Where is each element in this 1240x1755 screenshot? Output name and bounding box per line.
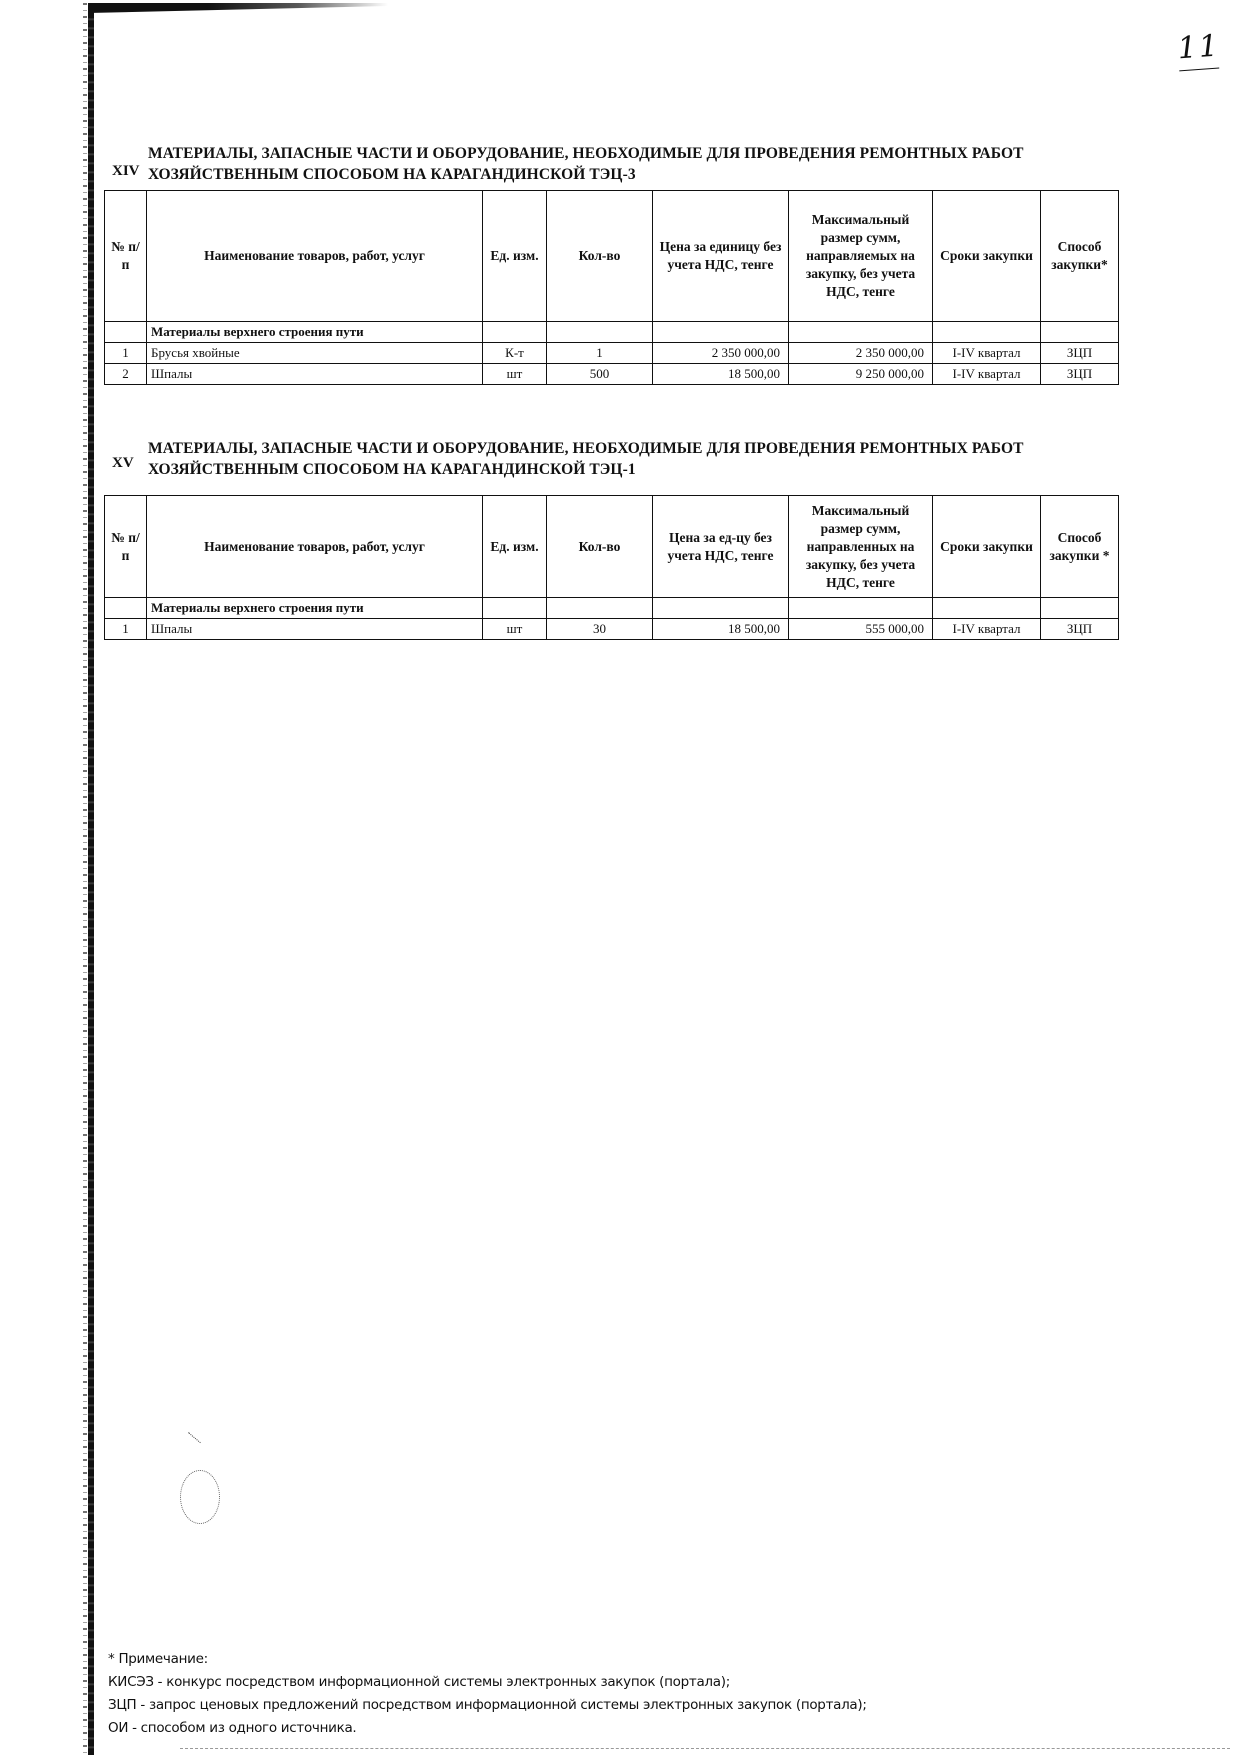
group-cell-empty (933, 322, 1041, 343)
table-group-row: Материалы верхнего строения пути (105, 322, 1119, 343)
col-header-qty: Кол-во (547, 191, 653, 322)
col-header-unit-price: Цена за ед-цу без учета НДС, тенге (653, 496, 789, 598)
handwritten-page-number: 11 (1177, 32, 1219, 72)
cell-max-sum: 2 350 000,00 (789, 343, 933, 364)
group-cell-empty (547, 322, 653, 343)
col-header-max-sum: Максимальный размер сумм, направленных н… (789, 496, 933, 598)
cell-qty: 500 (547, 364, 653, 385)
cell-term: I-IV квартал (933, 343, 1041, 364)
table-row: 2 Шпалы шт 500 18 500,00 9 250 000,00 I-… (105, 364, 1119, 385)
group-label: Материалы верхнего строения пути (147, 598, 483, 619)
group-label: Материалы верхнего строения пути (147, 322, 483, 343)
group-cell-empty (483, 598, 547, 619)
group-cell-empty (1041, 598, 1119, 619)
table-group-row: Материалы верхнего строения пути (105, 598, 1119, 619)
group-cell-empty (653, 598, 789, 619)
procurement-table-xiv: № п/п Наименование товаров, работ, услуг… (104, 190, 1119, 385)
cell-name: Брусья хвойные (147, 343, 483, 364)
col-header-qty: Кол-во (547, 496, 653, 598)
table-header-row: № п/п Наименование товаров, работ, услуг… (105, 496, 1119, 598)
group-cell-empty (933, 598, 1041, 619)
cell-no: 1 (105, 343, 147, 364)
table-row: 1 Брусья хвойные К-т 1 2 350 000,00 2 35… (105, 343, 1119, 364)
cell-unit: шт (483, 364, 547, 385)
cell-method: ЗЦП (1041, 343, 1119, 364)
col-header-unit-price: Цена за единицу без учета НДС, тенге (653, 191, 789, 322)
section-number: XV (112, 455, 134, 472)
group-cell-empty (789, 322, 933, 343)
col-header-name: Наименование товаров, работ, услуг (147, 191, 483, 322)
col-header-unit: Ед. изм. (483, 191, 547, 322)
cell-term: I-IV квартал (933, 364, 1041, 385)
section-title-line-2: ХОЗЯЙСТВЕННЫМ СПОСОБОМ НА КАРАГАНДИНСКОЙ… (148, 164, 1024, 185)
col-header-method: Способ закупки* (1041, 191, 1119, 322)
col-header-unit: Ед. изм. (483, 496, 547, 598)
col-header-no: № п/п (105, 496, 147, 598)
col-header-no: № п/п (105, 191, 147, 322)
section-title: МАТЕРИАЛЫ, ЗАПАСНЫЕ ЧАСТИ И ОБОРУДОВАНИЕ… (148, 438, 1024, 480)
footnote-line: КИСЭЗ - конкурс посредством информационн… (108, 1671, 867, 1694)
section-title-line-1: МАТЕРИАЛЫ, ЗАПАСНЫЕ ЧАСТИ И ОБОРУДОВАНИЕ… (148, 438, 1024, 459)
cell-unit-price: 2 350 000,00 (653, 343, 789, 364)
cell-unit: шт (483, 619, 547, 640)
cell-max-sum: 555 000,00 (789, 619, 933, 640)
col-header-max-sum: Максимальный размер сумм, направляемых н… (789, 191, 933, 322)
col-header-term: Сроки закупки (933, 191, 1041, 322)
cell-qty: 1 (547, 343, 653, 364)
scan-binding-edge (88, 3, 94, 1755)
cell-method: ЗЦП (1041, 619, 1119, 640)
section-number: XIV (112, 163, 140, 180)
section-title-line-1: МАТЕРИАЛЫ, ЗАПАСНЫЕ ЧАСТИ И ОБОРУДОВАНИЕ… (148, 143, 1024, 164)
group-cell-empty (483, 322, 547, 343)
table-row: 1 Шпалы шт 30 18 500,00 555 000,00 I-IV … (105, 619, 1119, 640)
cell-no: 2 (105, 364, 147, 385)
cell-name: Шпалы (147, 619, 483, 640)
cell-name: Шпалы (147, 364, 483, 385)
col-header-method: Способ закупки * (1041, 496, 1119, 598)
col-header-term: Сроки закупки (933, 496, 1041, 598)
cell-qty: 30 (547, 619, 653, 640)
group-cell-empty (105, 322, 147, 343)
cell-unit: К-т (483, 343, 547, 364)
scan-bottom-artifact (180, 1748, 1230, 1750)
group-cell-empty (1041, 322, 1119, 343)
cell-method: ЗЦП (1041, 364, 1119, 385)
footnote-heading: * Примечание: (108, 1648, 867, 1671)
cell-unit-price: 18 500,00 (653, 619, 789, 640)
cell-term: I-IV квартал (933, 619, 1041, 640)
faint-stamp-circle (180, 1470, 220, 1524)
cell-no: 1 (105, 619, 147, 640)
procurement-table-xv: № п/п Наименование товаров, работ, услуг… (104, 495, 1119, 640)
scan-binding-speckle (83, 3, 87, 1755)
cell-max-sum: 9 250 000,00 (789, 364, 933, 385)
group-cell-empty (789, 598, 933, 619)
group-cell-empty (547, 598, 653, 619)
footnote-line: ОИ - способом из одного источника. (108, 1717, 867, 1740)
group-cell-empty (105, 598, 147, 619)
section-title: МАТЕРИАЛЫ, ЗАПАСНЫЕ ЧАСТИ И ОБОРУДОВАНИЕ… (148, 143, 1024, 185)
footnote-line: ЗЦП - запрос ценовых предложений посредс… (108, 1694, 867, 1717)
scan-top-edge (88, 3, 388, 13)
col-header-name: Наименование товаров, работ, услуг (147, 496, 483, 598)
group-cell-empty (653, 322, 789, 343)
footnote: * Примечание: КИСЭЗ - конкурс посредство… (108, 1648, 867, 1740)
table-header-row: № п/п Наименование товаров, работ, услуг… (105, 191, 1119, 322)
stamp-mark (187, 1432, 201, 1444)
cell-unit-price: 18 500,00 (653, 364, 789, 385)
section-title-line-2: ХОЗЯЙСТВЕННЫМ СПОСОБОМ НА КАРАГАНДИНСКОЙ… (148, 459, 1024, 480)
